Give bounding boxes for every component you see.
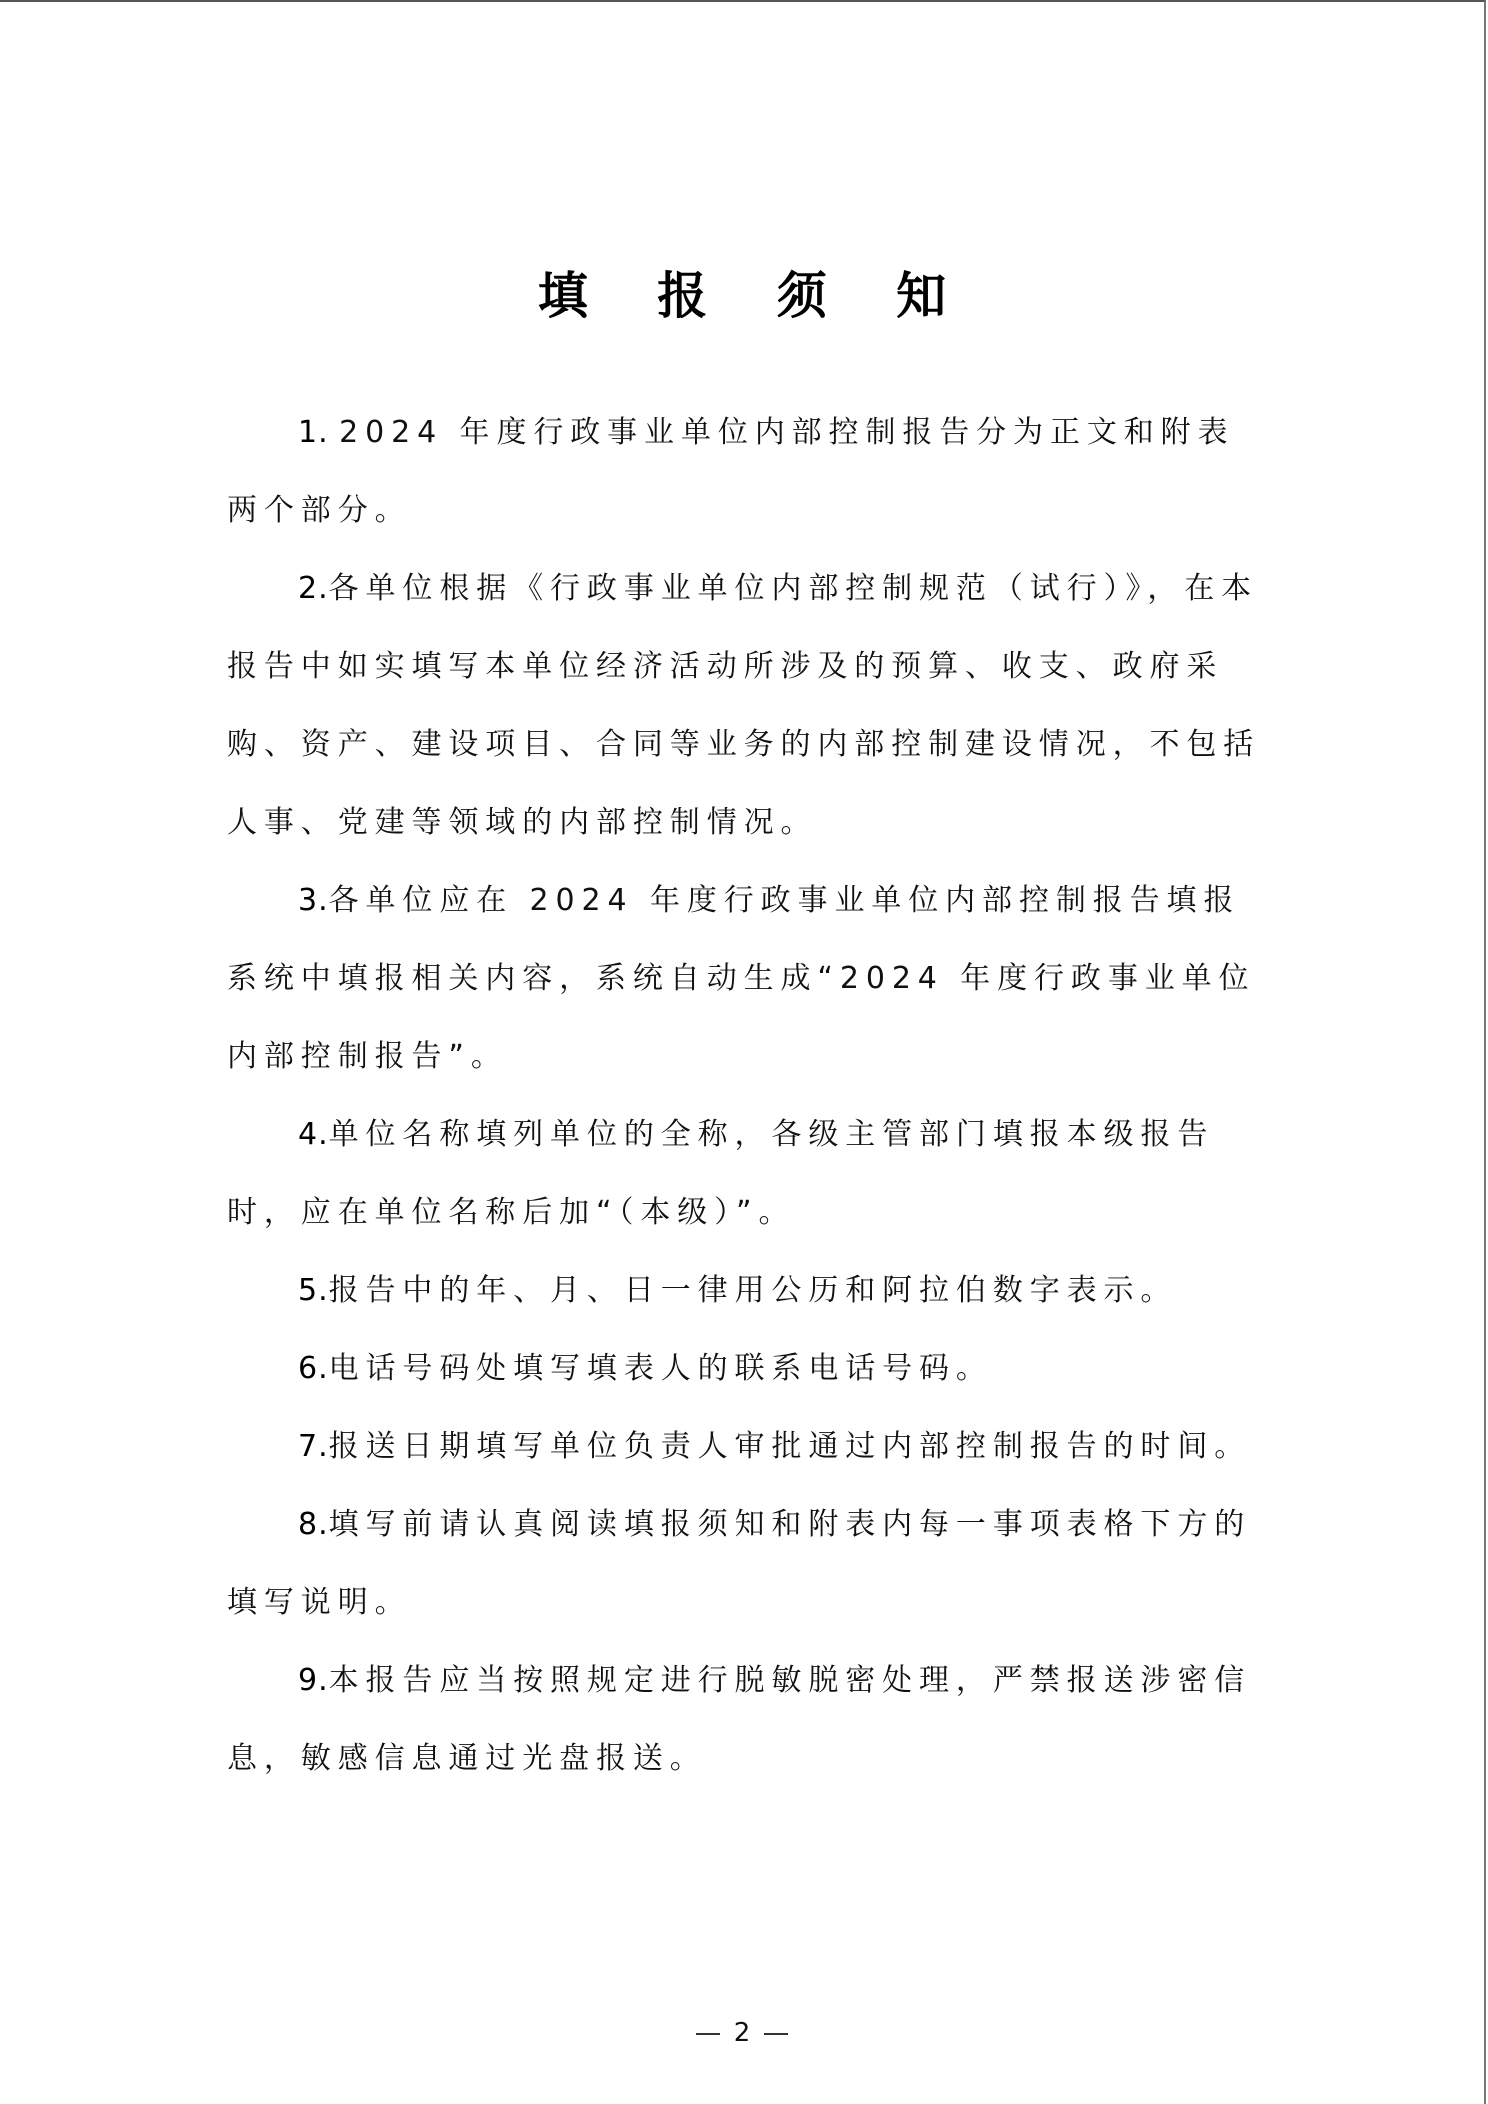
item-number: 5. (298, 1273, 329, 1308)
page-title: 填 报 须 知 (0, 266, 1484, 326)
item-text: 电话号码处填写填表人的联系电话号码。 (329, 1351, 993, 1386)
item-text: 各单位应在 2024 年度行政事业单位内部控制报告填报系统中填报相关内容，系统自… (227, 883, 1255, 1074)
instruction-item-4: 4.单位名称填列单位的全称，各级主管部门填报本级报告时，应在单位名称后加“（本级… (227, 1096, 1267, 1252)
instruction-item-3: 3.各单位应在 2024 年度行政事业单位内部控制报告填报系统中填报相关内容，系… (227, 862, 1267, 1096)
instruction-item-7: 7.报送日期填写单位负责人审批通过内部控制报告的时间。 (227, 1408, 1267, 1486)
item-number: 4. (298, 1117, 329, 1152)
item-text: 2024 年度行政事业单位内部控制报告分为正文和附表两个部分。 (227, 415, 1234, 528)
instruction-item-1: 1. 2024 年度行政事业单位内部控制报告分为正文和附表两个部分。 (227, 394, 1267, 550)
item-text: 各单位根据《行政事业单位内部控制规范（试行）》，在本报告中如实填写本单位经济活动… (227, 571, 1260, 840)
item-number: 9. (298, 1663, 329, 1698)
dash-left-icon (696, 2033, 720, 2035)
item-number: 1. (298, 415, 339, 450)
item-text: 本报告应当按照规定进行脱敏脱密处理，严禁报送涉密信息，敏感信息通过光盘报送。 (227, 1663, 1251, 1776)
document-page: 填 报 须 知 1. 2024 年度行政事业单位内部控制报告分为正文和附表两个部… (0, 0, 1486, 2104)
item-text: 填写前请认真阅读填报须知和附表内每一事项表格下方的填写说明。 (227, 1507, 1251, 1620)
instruction-item-9: 9.本报告应当按照规定进行脱敏脱密处理，严禁报送涉密信息，敏感信息通过光盘报送。 (227, 1642, 1267, 1798)
instruction-item-5: 5.报告中的年、月、日一律用公历和阿拉伯数字表示。 (227, 1252, 1267, 1330)
item-number: 3. (298, 883, 329, 918)
instruction-item-2: 2.各单位根据《行政事业单位内部控制规范（试行）》，在本报告中如实填写本单位经济… (227, 550, 1267, 862)
item-number: 7. (298, 1429, 329, 1464)
page-number: 2 (734, 2018, 751, 2048)
item-number: 8. (298, 1507, 329, 1542)
dash-right-icon (764, 2033, 788, 2035)
item-number: 2. (298, 571, 329, 606)
item-text: 单位名称填列单位的全称，各级主管部门填报本级报告时，应在单位名称后加“（本级）”… (227, 1117, 1214, 1230)
item-text: 报告中的年、月、日一律用公历和阿拉伯数字表示。 (329, 1273, 1178, 1308)
instructions-body: 1. 2024 年度行政事业单位内部控制报告分为正文和附表两个部分。 2.各单位… (227, 394, 1267, 1798)
page-number-footer: 2 (0, 2016, 1484, 2050)
item-number: 6. (298, 1351, 329, 1386)
instruction-item-8: 8.填写前请认真阅读填报须知和附表内每一事项表格下方的填写说明。 (227, 1486, 1267, 1642)
instruction-item-6: 6.电话号码处填写填表人的联系电话号码。 (227, 1330, 1267, 1408)
item-text: 报送日期填写单位负责人审批通过内部控制报告的时间。 (329, 1429, 1252, 1464)
